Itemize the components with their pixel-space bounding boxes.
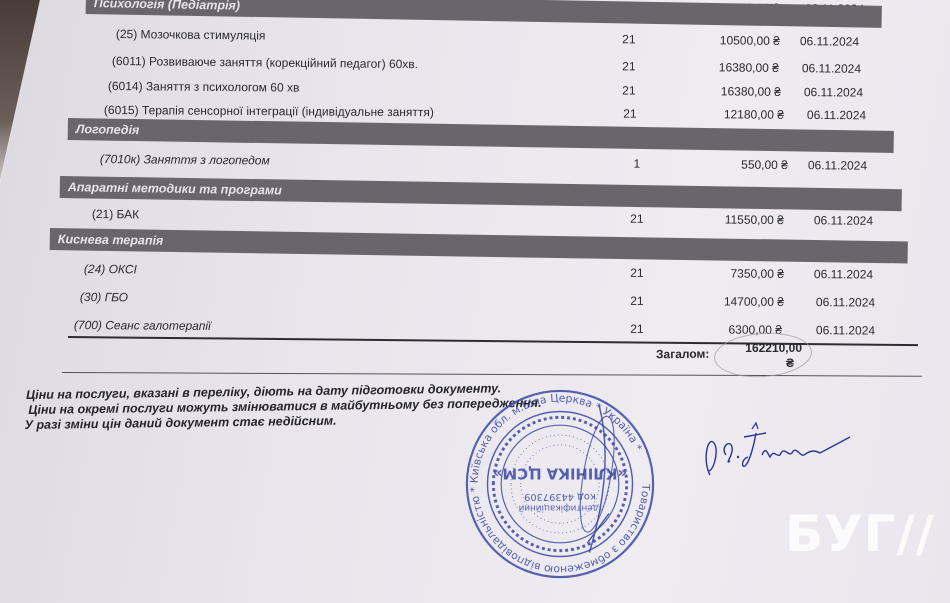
item-name: (700) Сеанс галотерапії <box>74 316 211 335</box>
item-name: (24) ОКСІ <box>84 260 137 278</box>
item-price: 14700,00 ₴ <box>674 292 784 311</box>
item-qty: 21 <box>614 81 644 99</box>
stamp-id-code: код 44397309 <box>524 491 596 502</box>
section-title: Апаратні методики та програми <box>68 180 282 197</box>
item-name: (21) БАК <box>92 205 139 223</box>
item-date: 06.11.2024 <box>808 156 867 175</box>
item-price: 16380,00 ₴ <box>671 82 781 101</box>
item-qty: 21 <box>614 57 644 75</box>
item-date: 06.11.2024 <box>804 83 863 102</box>
item-name: (6015) Терапія сенсорної інтеграції (інд… <box>104 101 434 121</box>
item-date: 06.11.2024 <box>802 59 861 78</box>
section-title: Психологія (Педіатрія) <box>94 0 240 13</box>
section-title: Логопедія <box>76 122 140 137</box>
item-price: 550,00 ₴ <box>678 155 788 174</box>
item-qty: 21 <box>614 30 644 48</box>
stamp-center-text: «КЛІНІКА ЦСМ» <box>493 464 627 481</box>
svg-text:Товариство з обмеженою відпові: Товариство з обмеженою відповідальністю … <box>468 392 653 577</box>
item-qty: 21 <box>615 105 645 123</box>
item-date: 06.11.2024 <box>800 32 859 51</box>
item-name: (25) Мозочкова стимуляція <box>116 25 266 45</box>
total-label: Загалом: <box>656 347 710 362</box>
item-price: 10500,00 ₴ <box>670 31 780 50</box>
item-date: 06.11.2024 <box>816 321 875 339</box>
item-price: 12180,00 ₴ <box>674 105 784 124</box>
item-date: 06.11.2024 <box>807 106 866 124</box>
section-title: Киснева терапія <box>58 232 164 248</box>
item-qty: 21 <box>622 292 652 310</box>
stamp-id-label: Ідентифікаційний <box>519 503 602 513</box>
item-date: 06.11.2024 <box>816 293 875 311</box>
item-date: 06.11.2024 <box>814 265 873 283</box>
item-qty: 21 <box>622 210 652 228</box>
item-name: (30) ГБО <box>80 288 128 306</box>
item-name: (6011) Розвиваюче заняття (корекційний п… <box>112 52 418 73</box>
company-stamp-icon: Товариство з обмеженою відповідальністю … <box>462 386 658 582</box>
item-date: 06.11.2024 <box>814 211 873 230</box>
item-price: 11550,00 ₴ <box>674 210 784 229</box>
item-name: (6014) Заняття з психологом 60 хв <box>108 77 300 97</box>
total-currency: ₴ <box>730 356 802 371</box>
item-qty: 21 <box>622 320 652 338</box>
item-qty: 1 <box>622 155 652 173</box>
total-value: 162210,00 ₴ <box>730 341 802 371</box>
stamp-outer-text: Товариство з обмеженою відповідальністю … <box>468 392 653 577</box>
total-amount: 162210,00 <box>730 341 802 356</box>
item-name: (7010к) Заняття з логопедом <box>100 150 270 169</box>
item-price: 7350,00 ₴ <box>674 264 784 283</box>
media-watermark-logo: БУГ// <box>785 505 935 563</box>
item-price: 16380,00 ₴ <box>669 58 779 77</box>
signature-icon <box>700 415 870 490</box>
item-qty: 21 <box>622 264 652 282</box>
